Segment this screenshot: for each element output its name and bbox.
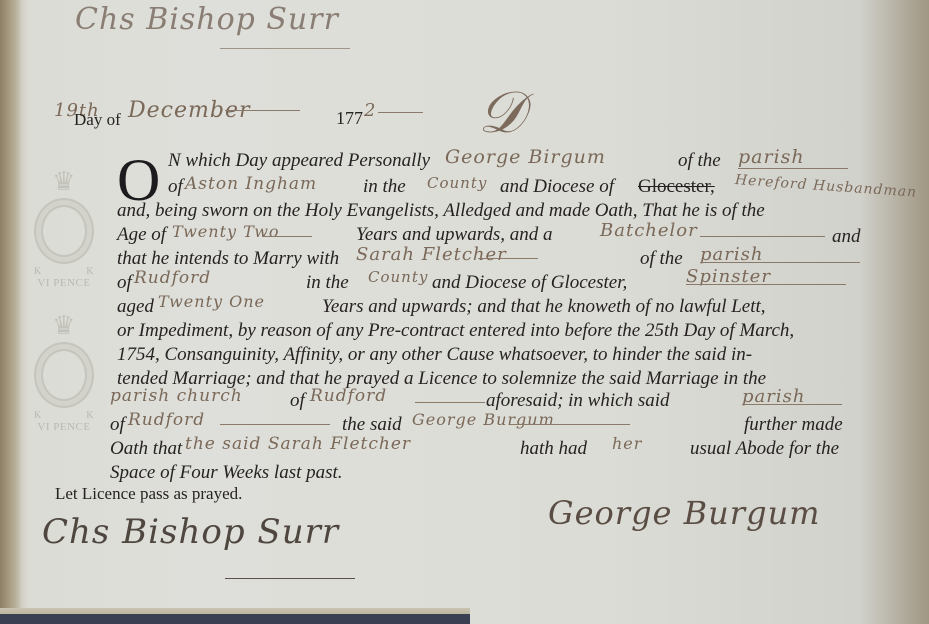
handwritten-entry: County bbox=[368, 268, 428, 286]
groom-status: Batchelor bbox=[600, 220, 698, 241]
text-fragment: and Diocese of Glocester, bbox=[432, 272, 627, 294]
deponent-parish: Aston Ingham bbox=[185, 174, 317, 194]
book-cover bbox=[0, 614, 470, 624]
text-line: N which Day appeared Personally bbox=[168, 150, 430, 172]
royal-seal-icon bbox=[34, 198, 94, 264]
text-fragment: usual Abode for the bbox=[690, 438, 839, 460]
struck-diocese: Glocester, bbox=[638, 176, 715, 198]
marriage-place: parish church bbox=[110, 386, 243, 406]
stamp-letter: K bbox=[34, 410, 42, 421]
text-fragment: Oath that bbox=[110, 438, 182, 460]
text-fragment: in the bbox=[363, 176, 406, 198]
text-fragment: of bbox=[117, 272, 132, 294]
handwritten-entry: George Burgum bbox=[412, 410, 555, 429]
fill-rule bbox=[738, 168, 848, 169]
text-line: and, being sworn on the Holy Evangelists… bbox=[117, 200, 765, 222]
stamp-letter: K bbox=[86, 266, 94, 277]
text-fragment: the said bbox=[342, 414, 402, 436]
text-line: 1754, Consanguinity, Affinity, or any ot… bbox=[117, 344, 752, 366]
year-written: 2 bbox=[364, 100, 376, 121]
handwritten-entry: the said Sarah Fletcher bbox=[185, 434, 411, 454]
handwritten-entry: Rudford bbox=[310, 386, 387, 406]
text-fragment: of bbox=[290, 390, 305, 412]
binding-edge bbox=[0, 0, 22, 624]
fill-rule bbox=[415, 402, 485, 403]
month-rule bbox=[225, 110, 300, 111]
text-line: or Impediment, by reason of any Pre-cont… bbox=[117, 320, 794, 342]
signature-flourish bbox=[225, 578, 355, 579]
fill-rule bbox=[700, 236, 825, 237]
text-fragment: in the bbox=[306, 272, 349, 294]
document-page: Chs Bishop Surr 19th Day of December 177… bbox=[0, 0, 929, 624]
year-printed: 177 bbox=[336, 108, 363, 129]
text-fragment: of the bbox=[678, 150, 721, 172]
deponent-signature: George Burgum bbox=[548, 494, 821, 532]
top-signature: Chs Bishop Surr bbox=[75, 2, 339, 37]
flourish-glyph: 𝒟 bbox=[478, 78, 525, 147]
royal-seal-icon bbox=[34, 342, 94, 408]
text-fragment: aforesaid; in which said bbox=[486, 390, 670, 412]
text-fragment: that he intends to Marry with bbox=[117, 248, 339, 270]
text-fragment: hath had bbox=[520, 438, 587, 460]
crown-icon: ♛ bbox=[30, 312, 98, 340]
signature-flourish bbox=[220, 48, 350, 49]
deponent-name: George Birgum bbox=[445, 146, 606, 168]
crown-icon: ♛ bbox=[30, 168, 98, 196]
handwritten-entry: Rudford bbox=[128, 410, 205, 430]
text-fragment: of the bbox=[640, 248, 683, 270]
text-line: Space of Four Weeks last past. bbox=[110, 462, 343, 484]
fill-rule bbox=[262, 236, 312, 237]
revenue-stamp: ♛ KK VI PENCE bbox=[30, 312, 98, 433]
bride-name: Sarah Fletcher bbox=[356, 244, 507, 265]
text-fragment: and bbox=[832, 226, 861, 248]
bride-age: Twenty One bbox=[158, 292, 265, 311]
text-fragment: Age of bbox=[117, 224, 166, 246]
stamp-value: VI PENCE bbox=[30, 277, 98, 289]
bride-parish: Rudford bbox=[134, 268, 211, 288]
groom-age: Twenty Two bbox=[172, 222, 280, 241]
text-fragment: of bbox=[168, 176, 183, 198]
text-fragment: further made bbox=[744, 414, 843, 436]
text-fragment: Years and upwards; and that he knoweth o… bbox=[322, 296, 766, 318]
text-fragment: and Diocese of bbox=[500, 176, 614, 198]
fill-rule bbox=[742, 404, 842, 405]
fill-rule bbox=[220, 424, 330, 425]
stamp-value: VI PENCE bbox=[30, 421, 98, 433]
text-fragment: aged bbox=[117, 296, 154, 318]
stamp-letter: K bbox=[34, 266, 42, 277]
text-fragment: of bbox=[110, 414, 125, 436]
text-fragment: Years and upwards, and a bbox=[356, 224, 553, 246]
licence-approval: Let Licence pass as prayed. bbox=[55, 484, 242, 504]
fill-rule bbox=[700, 262, 860, 263]
day-of-label: Day of bbox=[74, 110, 121, 130]
handwritten-entry: her bbox=[612, 434, 642, 453]
handwritten-entry: County bbox=[427, 174, 487, 192]
year-rule bbox=[378, 112, 423, 113]
fill-rule bbox=[478, 258, 538, 259]
handwritten-entry: parish bbox=[738, 146, 805, 168]
surrogate-signature: Chs Bishop Surr bbox=[42, 512, 339, 552]
fill-rule bbox=[510, 424, 630, 425]
stamp-letter: K bbox=[86, 410, 94, 421]
page-shadow bbox=[859, 0, 929, 624]
fill-rule bbox=[686, 284, 846, 285]
revenue-stamp: ♛ KK VI PENCE bbox=[30, 168, 98, 289]
